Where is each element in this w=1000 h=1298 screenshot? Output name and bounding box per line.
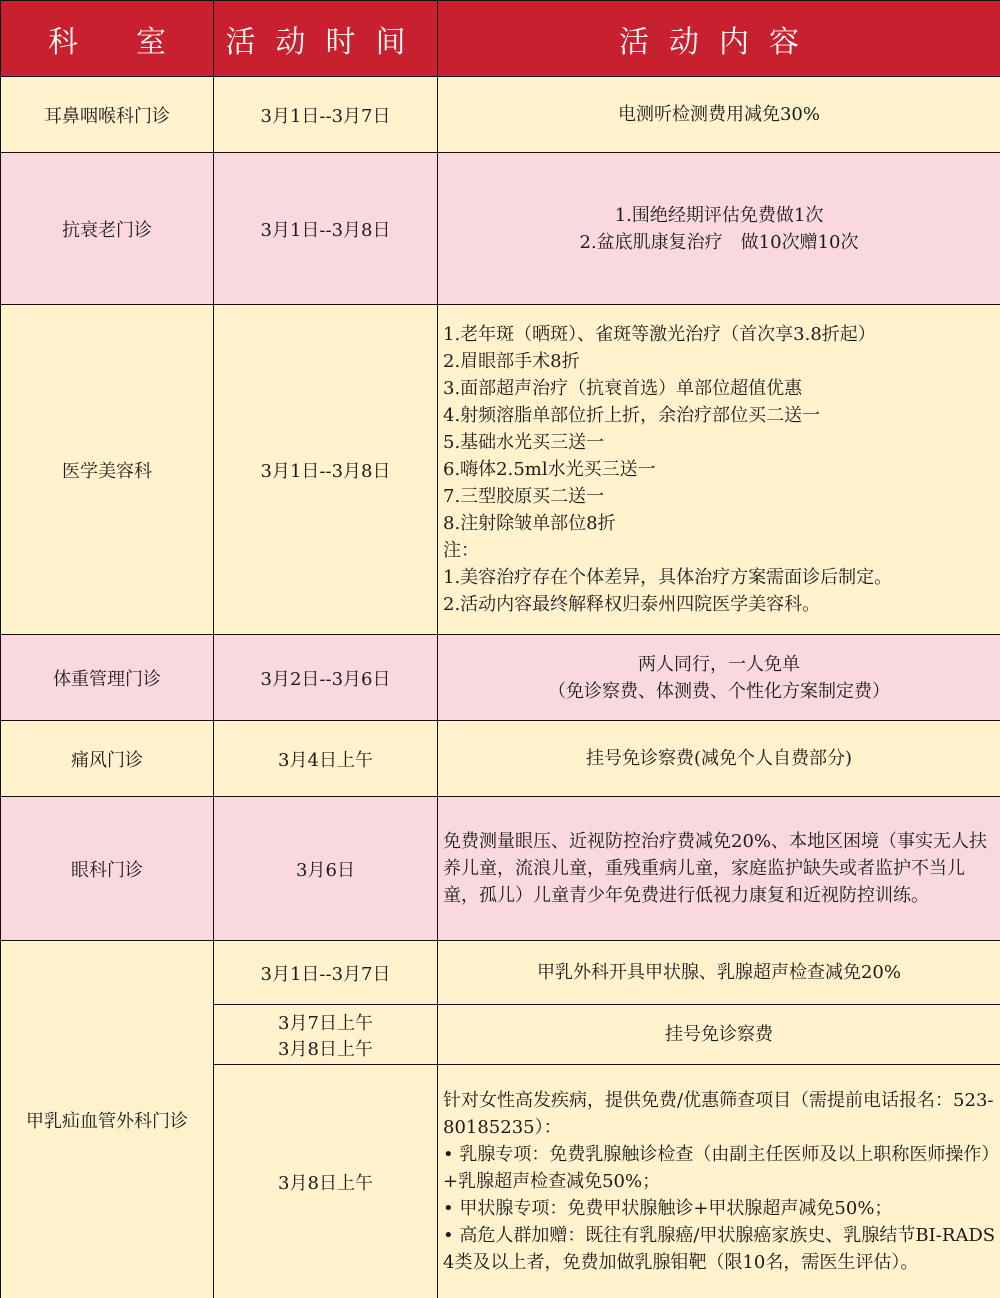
content-line: 挂号免诊察费(减免个人自费部分)	[438, 745, 1000, 772]
department-cell: 甲乳疝血管外科门诊	[1, 941, 214, 1298]
time-cell: 3月6日	[214, 797, 438, 941]
time-line: 3月7日上午	[214, 1009, 437, 1035]
time-cell: 3月1日--3月7日	[214, 77, 438, 153]
content-line: 1.老年斑（晒斑）、雀斑等激光治疗（首次享3.8折起）	[443, 321, 996, 348]
time-cell: 3月1日--3月8日	[214, 153, 438, 305]
content-cell: 两人同行，一人免单 （免诊察费、体测费、个性化方案制定费）	[438, 635, 1000, 721]
content-line: 电测听检测费用减免30%	[438, 101, 1000, 128]
table-row: 体重管理门诊 3月2日--3月6日 两人同行，一人免单 （免诊察费、体测费、个性…	[1, 635, 1000, 721]
content-cell: 1.老年斑（晒斑）、雀斑等激光治疗（首次享3.8折起） 2.眉眼部手术8折 3.…	[438, 305, 1000, 635]
content-line: 6.嗨体2.5ml水光买三送一	[443, 456, 996, 483]
time-line: 3月8日上午	[214, 1169, 437, 1195]
note-label: 注：	[443, 537, 996, 564]
content-line: 两人同行，一人免单	[438, 651, 1000, 678]
table-row: 甲乳疝血管外科门诊 3月1日--3月7日 甲乳外科开具甲状腺、乳腺超声检查减免2…	[1, 941, 1000, 1005]
time-line: 3月8日上午	[214, 1035, 437, 1061]
header-time: 活动时间	[214, 1, 438, 77]
department-cell: 眼科门诊	[1, 797, 214, 941]
content-line: 1.美容治疗存在个体差异，具体治疗方案需面诊后制定。	[443, 564, 996, 591]
content-cell: 1.围绝经期评估免费做1次 2.盆底肌康复治疗 做10次赠10次	[438, 153, 1000, 305]
table-row: 耳鼻咽喉科门诊 3月1日--3月7日 电测听检测费用减免30%	[1, 77, 1000, 153]
content-line: • 乳腺专项：免费乳腺触诊检查（由副主任医师及以上职称医师操作）+乳腺超声检查减…	[443, 1141, 996, 1195]
content-line: • 高危人群加赠：既往有乳腺癌/甲状腺癌家族史、乳腺结节BI-RADS 4类及以…	[443, 1222, 996, 1276]
content-line: • 甲状腺专项：免费甲状腺触诊+甲状腺超声减免50%；	[443, 1195, 996, 1222]
department-cell: 医学美容科	[1, 305, 214, 635]
department-cell: 体重管理门诊	[1, 635, 214, 721]
content-line: 2.眉眼部手术8折	[443, 348, 996, 375]
content-line: 针对女性高发疾病，提供免费/优惠筛查项目（需提前电话报名：523-8018523…	[443, 1087, 996, 1141]
header-row: 科室 活动时间 活动内容	[1, 1, 1000, 77]
header-department-char-2: 室	[136, 25, 166, 60]
content-line: 1.围绝经期评估免费做1次	[438, 202, 1000, 229]
content-line: 2.活动内容最终解释权归泰州四院医学美容科。	[443, 591, 996, 618]
content-cell: 针对女性高发疾病，提供免费/优惠筛查项目（需提前电话报名：523-8018523…	[438, 1065, 1000, 1298]
content-line: 8.注射除皱单部位8折	[443, 510, 996, 537]
content-cell: 挂号免诊察费	[438, 1005, 1000, 1065]
content-line: 3.面部超声治疗（抗衰首选）单部位超值优惠	[443, 375, 996, 402]
content-cell: 电测听检测费用减免30%	[438, 77, 1000, 153]
content-line: 5.基础水光买三送一	[443, 429, 996, 456]
time-cell: 3月1日--3月7日	[214, 941, 438, 1005]
table-row: 抗衰老门诊 3月1日--3月8日 1.围绝经期评估免费做1次 2.盆底肌康复治疗…	[1, 153, 1000, 305]
header-department: 科室	[1, 1, 214, 77]
table-row: 眼科门诊 3月6日 免费测量眼压、近视防控治疗费减免20%、本地区困境（事实无人…	[1, 797, 1000, 941]
content-cell: 挂号免诊察费(减免个人自费部分)	[438, 721, 1000, 797]
content-line: 7.三型胶原买二送一	[443, 483, 996, 510]
table-row: 医学美容科 3月1日--3月8日 1.老年斑（晒斑）、雀斑等激光治疗（首次享3.…	[1, 305, 1000, 635]
department-cell: 抗衰老门诊	[1, 153, 214, 305]
header-content: 活动内容	[438, 1, 1000, 77]
content-line: 挂号免诊察费	[438, 1021, 1000, 1048]
time-cell: 3月4日上午	[214, 721, 438, 797]
content-cell: 免费测量眼压、近视防控治疗费减免20%、本地区困境（事实无人扶养儿童，流浪儿童，…	[438, 797, 1000, 941]
time-cell: 3月1日--3月8日	[214, 305, 438, 635]
content-line: 4.射频溶脂单部位折上折，余治疗部位买二送一	[443, 402, 996, 429]
department-cell: 耳鼻咽喉科门诊	[1, 77, 214, 153]
content-cell: 甲乳外科开具甲状腺、乳腺超声检查减免20%	[438, 941, 1000, 1005]
content-line: （免诊察费、体测费、个性化方案制定费）	[438, 678, 1000, 705]
content-line: 2.盆底肌康复治疗 做10次赠10次	[438, 229, 1000, 256]
time-cell: 3月7日上午 3月8日上午	[214, 1005, 438, 1065]
content-line: 甲乳外科开具甲状腺、乳腺超声检查减免20%	[438, 959, 1000, 986]
time-cell: 3月8日上午	[214, 1065, 438, 1298]
time-cell: 3月2日--3月6日	[214, 635, 438, 721]
header-department-char-1: 科	[48, 25, 78, 60]
activity-table: 科室 活动时间 活动内容 耳鼻咽喉科门诊 3月1日--3月7日 电测听检测费用减…	[0, 0, 1000, 1298]
time-line: 3月1日--3月7日	[214, 960, 437, 986]
content-line: 免费测量眼压、近视防控治疗费减免20%、本地区困境（事实无人扶养儿童，流浪儿童，…	[443, 828, 996, 909]
department-cell: 痛风门诊	[1, 721, 214, 797]
table-row: 痛风门诊 3月4日上午 挂号免诊察费(减免个人自费部分)	[1, 721, 1000, 797]
